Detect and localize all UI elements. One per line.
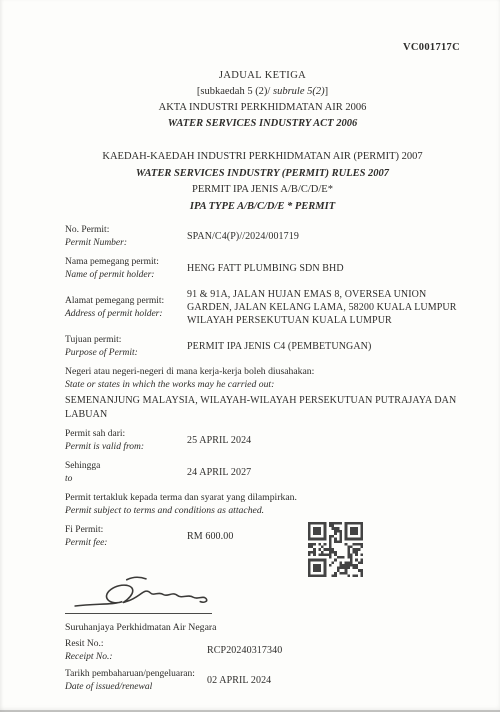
field-receipt: Resit No.:Receipt No.: RCP20240317340 bbox=[65, 638, 460, 663]
subrule-line: [subkaedah 5 (2)/ subrule 5(2)] bbox=[65, 84, 460, 100]
issue-date-value: 02 APRIL 2024 bbox=[207, 674, 460, 687]
permit-type-en: IPA TYPE A/B/C/D/E * PERMIT bbox=[65, 199, 460, 216]
field-purpose: Tujuan permit:Purpose of Permit: PERMIT … bbox=[65, 334, 460, 359]
states-value: SEMENANJUNG MALAYSIA, WILAYAH-WILAYAH PE… bbox=[65, 394, 460, 421]
terms-label: Permit tertakluk kepada terma dan syarat… bbox=[65, 492, 460, 517]
act-title-ms: AKTA INDUSTRI PERKHIDMATAN AIR 2006 bbox=[65, 100, 460, 116]
issue-date-label: Tarikh pembaharuan/pengeluaran:Date of i… bbox=[65, 668, 207, 693]
purpose-label: Tujuan permit:Purpose of Permit: bbox=[65, 334, 187, 359]
signature-line bbox=[65, 613, 212, 614]
signature-icon bbox=[67, 571, 225, 613]
states-label: Negeri atau negeri-negeri di mana kerja-… bbox=[65, 366, 460, 391]
fee-label: Fi Permit:Permit fee: bbox=[65, 524, 187, 549]
valid-to-label: Sehinggato bbox=[65, 460, 187, 485]
valid-from-label: Permit sah dari:Permit is valid from: bbox=[65, 428, 187, 453]
authority-name: Suruhanjaya Perkhidmatan Air Negara bbox=[65, 622, 460, 633]
receipt-value: RCP20240317340 bbox=[207, 644, 460, 657]
rules-header: KAEDAH-KAEDAH INDUSTRI PERKHIDMATAN AIR … bbox=[65, 149, 460, 215]
holder-address-value: 91 & 91A, JALAN HUJAN EMAS 8, OVERSEA UN… bbox=[187, 288, 459, 327]
receipt-label: Resit No.:Receipt No.: bbox=[65, 638, 207, 663]
act-title-en: WATER SERVICES INDUSTRY ACT 2006 bbox=[65, 116, 460, 132]
holder-address-label: Alamat pemegang permit:Address of permit… bbox=[65, 295, 187, 320]
valid-to-value: 24 APRIL 2027 bbox=[187, 466, 460, 479]
holder-name-label: Nama pemegang permit:Name of permit hold… bbox=[65, 256, 187, 281]
rules-title-ms: KAEDAH-KAEDAH INDUSTRI PERKHIDMATAN AIR … bbox=[65, 149, 460, 166]
signature-block bbox=[65, 571, 215, 614]
terms-note: Permit tertakluk kepada terma dan syarat… bbox=[65, 492, 460, 517]
field-holder-address: Alamat pemegang permit:Address of permit… bbox=[65, 288, 460, 327]
permit-number-value: SPAN/C4(P)//2024/001719 bbox=[187, 230, 460, 243]
document-content: JADUAL KETIGA [subkaedah 5 (2)/ subrule … bbox=[65, 0, 460, 698]
field-states: Negeri atau negeri-negeri di mana kerja-… bbox=[65, 366, 460, 421]
statute-header: JADUAL KETIGA [subkaedah 5 (2)/ subrule … bbox=[65, 68, 460, 132]
field-rows: No. Permit:Permit Number: SPAN/C4(P)//20… bbox=[65, 224, 460, 693]
field-permit-number: No. Permit:Permit Number: SPAN/C4(P)//20… bbox=[65, 224, 460, 249]
field-fee: Fi Permit:Permit fee: RM 600.00 bbox=[65, 524, 460, 549]
schedule-title: JADUAL KETIGA bbox=[65, 68, 460, 84]
permit-type-ms: PERMIT IPA JENIS A/B/C/D/E* bbox=[65, 182, 460, 199]
valid-from-value: 25 APRIL 2024 bbox=[187, 434, 460, 447]
permit-document-page: VC001717C JADUAL KETIGA [subkaedah 5 (2)… bbox=[0, 0, 500, 712]
field-valid-to: Sehinggato 24 APRIL 2027 bbox=[65, 460, 460, 485]
rules-title-en: WATER SERVICES INDUSTRY (PERMIT) RULES 2… bbox=[65, 166, 460, 183]
purpose-value: PERMIT IPA JENIS C4 (PEMBETUNGAN) bbox=[187, 340, 460, 353]
qr-code-icon bbox=[308, 522, 363, 577]
field-issue-date: Tarikh pembaharuan/pengeluaran:Date of i… bbox=[65, 668, 460, 693]
holder-name-value: HENG FATT PLUMBING SDN BHD bbox=[187, 262, 460, 275]
field-holder-name: Nama pemegang permit:Name of permit hold… bbox=[65, 256, 460, 281]
field-valid-from: Permit sah dari:Permit is valid from: 25… bbox=[65, 428, 460, 453]
permit-number-label: No. Permit:Permit Number: bbox=[65, 224, 187, 249]
